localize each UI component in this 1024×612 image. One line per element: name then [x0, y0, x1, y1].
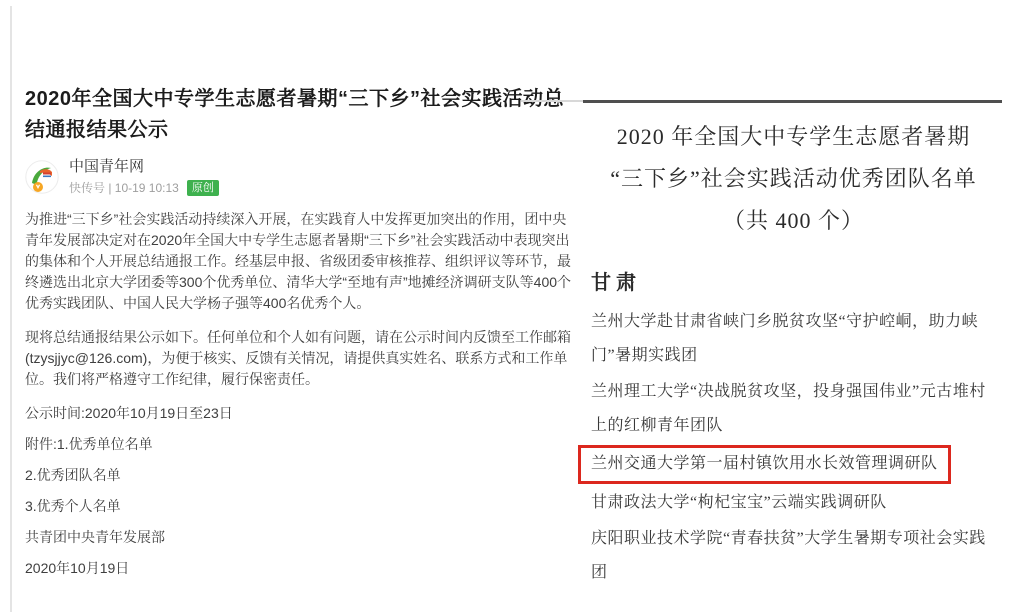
publisher-row: 中国青年网 快传号 | 10-19 10:13 原创	[25, 158, 577, 196]
scan-title-line-3: （共 400 个）	[583, 200, 1004, 242]
attachment-line-1: 附件:1.优秀单位名单	[25, 434, 577, 455]
original-badge: 原创	[187, 180, 219, 196]
article-paragraph: 为推进“三下乡”社会实践活动持续深入开展，在实践育人中发挥更加突出的作用，团中央…	[25, 209, 577, 314]
team-list-item: 甘肃政法大学“枸杞宝宝”云端实践调研队	[591, 486, 995, 520]
scan-title-line-2: “三下乡”社会实践活动优秀团队名单	[583, 158, 1004, 200]
red-highlight-box: 兰州交通大学第一届村镇饮用水长效管理调研队	[578, 445, 951, 484]
attachment-line-3: 3.优秀个人名单	[25, 496, 577, 517]
page: 2020年全国大中专学生志愿者暑期“三下乡”社会实践活动总结通报结果公示 中国青…	[0, 0, 1024, 612]
team-list: 兰州大学赴甘肃省峡门乡脱贫攻坚“守护崆峒，助力峡门”暑期实践团 兰州理工大学“决…	[591, 305, 995, 590]
article-date-line: 2020年10月19日	[25, 558, 577, 579]
scan-title: 2020 年全国大中专学生志愿者暑期 “三下乡”社会实践活动优秀团队名单 （共 …	[583, 116, 1004, 242]
publisher-meta-row: 快传号 | 10-19 10:13 原创	[69, 179, 219, 196]
notice-period-line: 公示时间:2020年10月19日至23日	[25, 403, 577, 424]
article-title: 2020年全国大中专学生志愿者暑期“三下乡”社会实践活动总结通报结果公示	[25, 84, 577, 146]
publisher-avatar-icon[interactable]	[25, 160, 59, 194]
article-paragraph: 现将总结通报结果公示如下。任何单位和个人如有问题，请在公示时间内反馈至工作邮箱(…	[25, 327, 577, 390]
attachment-line-2: 2.优秀团队名单	[25, 465, 577, 486]
team-list-item-highlighted: 兰州交通大学第一届村镇饮用水长效管理调研队	[591, 445, 995, 484]
scanned-team-list-image: 2020 年全国大中专学生志愿者暑期 “三下乡”社会实践活动优秀团队名单 （共 …	[583, 100, 1004, 592]
article: 2020年全国大中专学生志愿者暑期“三下乡”社会实践活动总结通报结果公示 中国青…	[25, 84, 577, 589]
publisher-timestamp: 快传号 | 10-19 10:13	[69, 179, 179, 196]
scan-top-edge	[583, 100, 1002, 103]
scan-title-line-1: 2020 年全国大中专学生志愿者暑期	[583, 116, 1004, 158]
publisher-text: 中国青年网 快传号 | 10-19 10:13 原创	[69, 158, 219, 196]
team-list-item: 庆阳职业技术学院“青春扶贫”大学生暑期专项社会实践团	[591, 522, 995, 590]
page-left-border	[10, 6, 12, 612]
publisher-name[interactable]: 中国青年网	[69, 158, 219, 176]
province-section-header: 甘 肃	[591, 266, 1004, 295]
issuer-line: 共青团中央青年发展部	[25, 527, 577, 548]
article-body: 为推进“三下乡”社会实践活动持续深入开展，在实践育人中发挥更加突出的作用，团中央…	[25, 209, 577, 579]
team-list-item: 兰州大学赴甘肃省峡门乡脱贫攻坚“守护崆峒，助力峡门”暑期实践团	[591, 305, 995, 373]
team-list-item: 兰州理工大学“决战脱贫攻坚，投身强国伟业”元古堆村上的红柳青年团队	[591, 375, 995, 443]
